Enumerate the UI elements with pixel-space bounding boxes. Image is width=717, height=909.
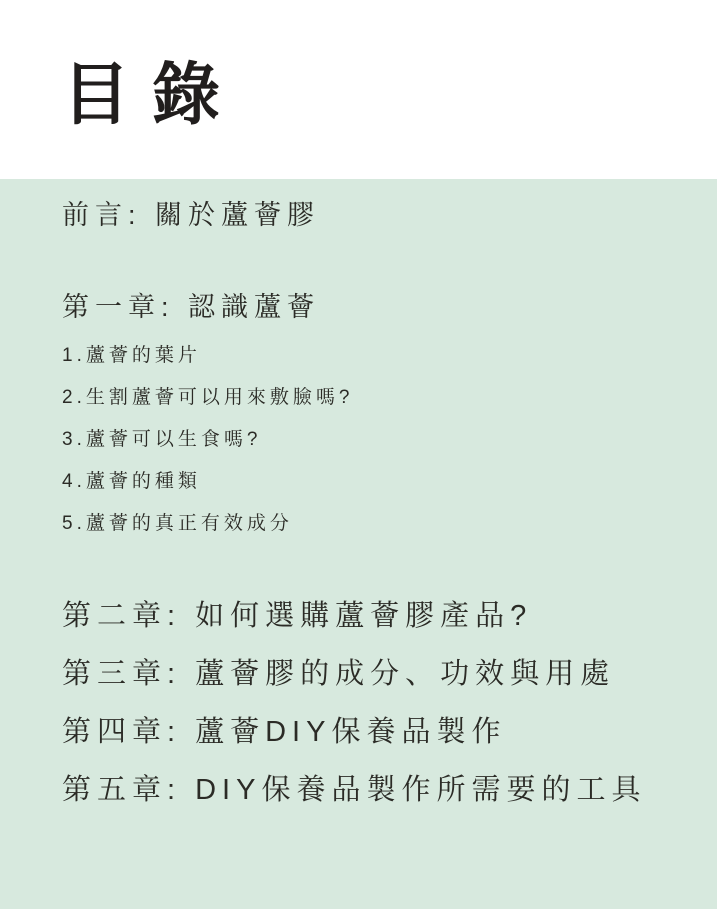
toc-page: 目錄 前言: 關於蘆薈膠 第一章: 認識蘆薈 1.蘆薈的葉片 2.生割蘆薈可以用… <box>0 0 717 909</box>
toc-chapter-list: 第二章: 如何選購蘆薈膠產品? 第三章: 蘆薈膠的成分、功效與用處 第四章: 蘆… <box>62 599 687 808</box>
toc-subitem-5: 5.蘆薈的真正有效成分 <box>62 512 687 535</box>
toc-subitem-4: 4.蘆薈的種類 <box>62 470 687 493</box>
toc-chapter-2-entry: 第二章: 如何選購蘆薈膠產品? <box>62 599 687 634</box>
page-header: 目錄 <box>0 0 717 179</box>
toc-chapter-1-entry: 第一章: 認識蘆薈 <box>62 291 687 323</box>
toc-chapter-1-sublist: 1.蘆薈的葉片 2.生割蘆薈可以用來敷臉嗎? 3.蘆薈可以生食嗎? 4.蘆薈的種… <box>62 344 687 535</box>
toc-subitem-2: 2.生割蘆薈可以用來敷臉嗎? <box>62 386 687 409</box>
toc-subitem-3: 3.蘆薈可以生食嗎? <box>62 428 687 451</box>
toc-subitem-1: 1.蘆薈的葉片 <box>62 344 687 367</box>
toc-chapter-4-entry: 第四章: 蘆薈DIY保養品製作 <box>62 715 687 750</box>
page-title: 目錄 <box>62 58 717 133</box>
toc-chapter-3-entry: 第三章: 蘆薈膠的成分、功效與用處 <box>62 657 687 692</box>
toc-chapter-5-entry: 第五章: DIY保養品製作所需要的工具 <box>62 773 687 808</box>
toc-preface-entry: 前言: 關於蘆薈膠 <box>62 199 687 231</box>
toc-panel: 前言: 關於蘆薈膠 第一章: 認識蘆薈 1.蘆薈的葉片 2.生割蘆薈可以用來敷臉… <box>0 179 717 909</box>
